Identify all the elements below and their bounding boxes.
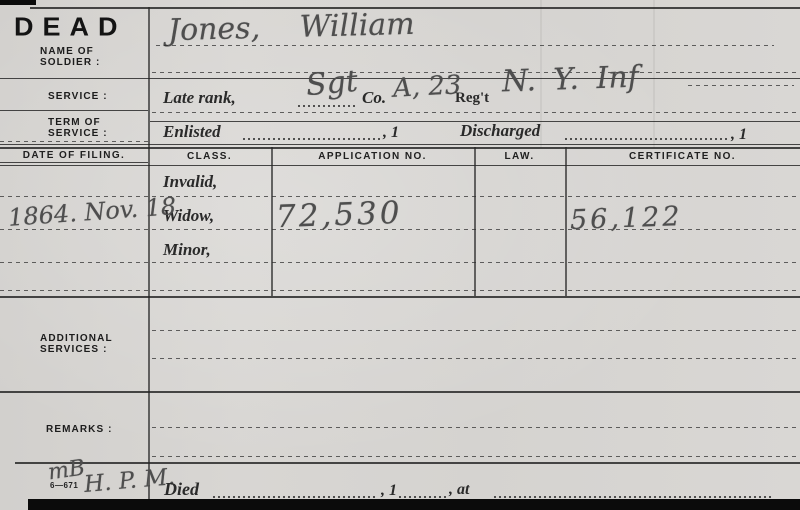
term-label-line1: TERM OF: [48, 117, 108, 128]
service-write-line: [152, 112, 796, 113]
class-row-invalid: Invalid,: [163, 172, 217, 192]
additional-services-label: ADDITIONAL SERVICES :: [40, 333, 113, 355]
table-row-line: [0, 290, 800, 291]
late-rank-label: Late rank,: [163, 88, 236, 108]
rank-write-line: [298, 105, 358, 107]
discharged-year-prefix: , 1: [731, 126, 747, 144]
term-dash-line-left: [0, 141, 148, 142]
form-number: 6—671: [50, 481, 78, 490]
died-date-write-line: [213, 496, 378, 498]
regt-label: Reg't: [455, 90, 489, 107]
co-label: Co.: [362, 88, 386, 108]
card-top-edge-line: [30, 7, 800, 9]
company-handwriting: A, 23: [392, 70, 462, 104]
header-date-of-filing: DATE OF FILING.: [0, 150, 148, 161]
soldier-name-handwriting: Jones, William: [168, 7, 415, 48]
header-underline: [0, 165, 800, 166]
column-divider-law-certificate: [565, 147, 567, 296]
scan-edge-bottom: [28, 499, 800, 510]
header-certificate-no: CERTIFICATE NO.: [565, 151, 800, 162]
column-divider-class-application: [271, 147, 273, 296]
enlisted-label: Enlisted: [163, 122, 221, 142]
remarks-write-line: [152, 456, 796, 457]
discharged-label: Discharged: [460, 121, 540, 141]
discharged-write-line: [565, 138, 728, 140]
service-underline-left: [0, 110, 148, 111]
remarks-write-line: [152, 427, 796, 428]
footer-divider: [15, 462, 800, 464]
date-of-filing-handwriting: 1864. Nov. 18: [7, 192, 177, 232]
table-bottom-line: [0, 296, 800, 298]
header-underline-left: [0, 162, 148, 163]
service-trailing-line: [688, 85, 794, 86]
rank-handwriting: Sgt: [305, 64, 360, 103]
dead-stamp: DEAD: [14, 13, 127, 43]
died-at-label: , at: [449, 481, 469, 499]
certificate-no-handwriting: 56,122: [569, 201, 682, 236]
column-divider-application-law: [474, 147, 476, 296]
header-law: LAW.: [474, 151, 565, 162]
enlisted-year-prefix: , 1: [383, 124, 399, 142]
table-row-line: [0, 262, 800, 263]
term-of-service-label: TERM OF SERVICE :: [48, 117, 108, 139]
section-divider: [0, 391, 800, 393]
scan-edge-top-left: [0, 0, 36, 5]
died-label: Died: [164, 479, 199, 500]
additional-label-line2: SERVICES :: [40, 344, 113, 355]
enlisted-write-line: [243, 138, 380, 140]
name-of-soldier-label-line2: SOLDIER :: [40, 57, 100, 68]
name-of-soldier-label-line1: NAME OF: [40, 46, 100, 57]
died-year-prefix: , 1: [381, 482, 397, 500]
additional-write-line: [152, 358, 796, 359]
name-write-line: [156, 45, 774, 46]
service-label: SERVICE :: [48, 91, 108, 102]
label-column-divider: [148, 7, 150, 499]
table-top-line-1: [0, 144, 800, 145]
additional-write-line: [152, 330, 796, 331]
name-of-soldier-label: NAME OF SOLDIER :: [40, 46, 100, 68]
application-no-handwriting: 72,530: [275, 195, 403, 235]
died-year-write-line: [399, 496, 447, 498]
header-application-no: APPLICATION NO.: [271, 151, 474, 162]
remarks-label: REMARKS :: [46, 424, 113, 435]
died-place-write-line: [494, 496, 772, 498]
regiment-handwriting: N. Y. Inf: [501, 60, 639, 100]
table-top-line-2: [0, 147, 800, 149]
additional-label-line1: ADDITIONAL: [40, 333, 113, 344]
term-label-line2: SERVICE :: [48, 128, 108, 139]
class-row-minor: Minor,: [163, 240, 211, 260]
reviewer-initials-handwriting: H. P. M.: [83, 464, 176, 498]
scan-streak: [653, 0, 655, 148]
divider-dashed: [152, 72, 796, 73]
header-class: CLASS.: [148, 151, 271, 162]
pension-index-card: DEAD NAME OF SOLDIER : Jones, William SE…: [0, 0, 800, 510]
